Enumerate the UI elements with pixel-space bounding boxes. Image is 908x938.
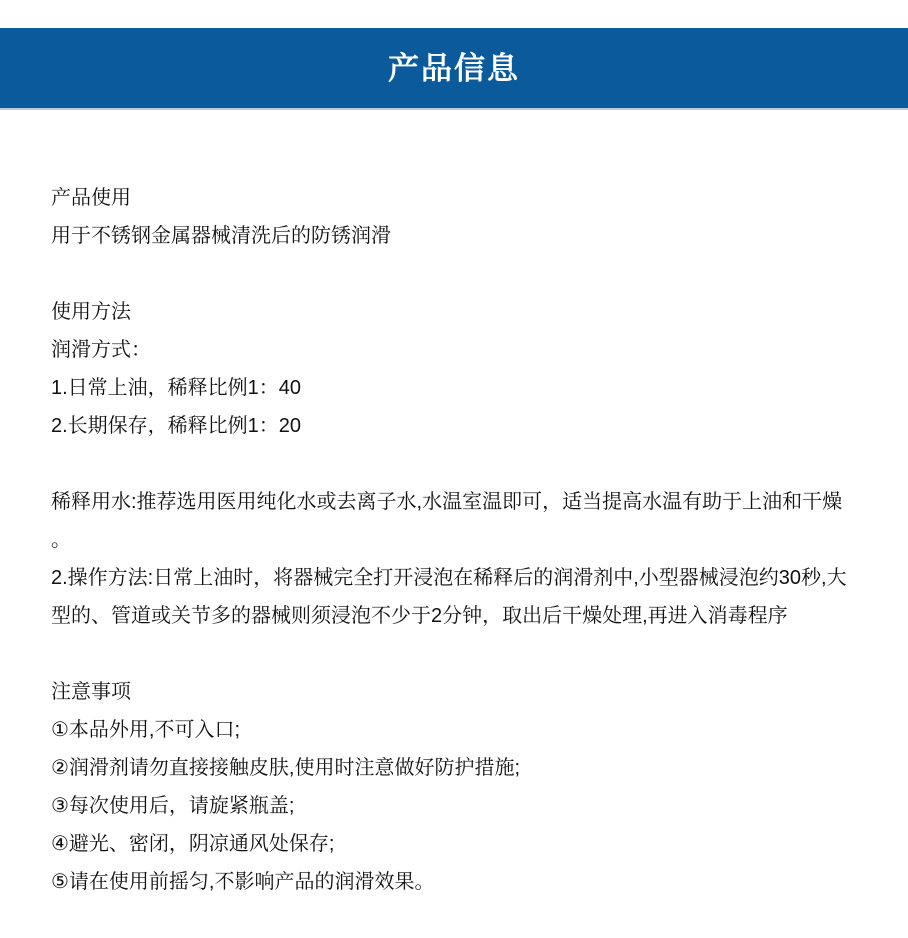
text-line-dilution-operation: 。 (51, 521, 868, 559)
text-line-usage-method: 2.长期保存，稀释比例1：20 (51, 407, 868, 445)
text-line-dilution-operation: 稀释用水:推荐选用医用纯化水或去离子水,水温室温即可，适当提高水温有助于上油和干… (51, 483, 868, 521)
text-line-precautions: ③每次使用后，请旋紧瓶盖; (51, 787, 868, 825)
blank-line (51, 635, 868, 673)
text-line-product-use: 用于不锈钢金属器械清洗后的防锈润滑 (51, 217, 868, 255)
blank-line (51, 445, 868, 483)
text-line-usage-method: 1.日常上油，稀释比例1：40 (51, 369, 868, 407)
text-line-usage-method: 润滑方式： (51, 331, 868, 369)
product-description: 产品使用用于不锈钢金属器械清洗后的防锈润滑 使用方法润滑方式：1.日常上油，稀释… (0, 110, 908, 901)
product-info-page: 产品信息 产品使用用于不锈钢金属器械清洗后的防锈润滑 使用方法润滑方式：1.日常… (0, 0, 908, 938)
section-header-banner: 产品信息 (0, 28, 908, 110)
blank-line (51, 255, 868, 293)
page-title: 产品信息 (388, 53, 520, 84)
text-line-dilution-operation: 型的、管道或关节多的器械则须浸泡不少于2分钟，取出后干燥处理,再进入消毒程序 (51, 597, 868, 635)
top-white-gap (0, 0, 908, 28)
text-line-precautions: ②润滑剂请勿直接接触皮肤,使用时注意做好防护措施; (51, 749, 868, 787)
text-line-product-use: 产品使用 (51, 179, 868, 217)
text-line-precautions: ①本品外用,不可入口; (51, 711, 868, 749)
text-line-precautions: ⑤请在使用前摇匀,不影响产品的润滑效果。 (51, 863, 868, 901)
text-line-usage-method: 使用方法 (51, 293, 868, 331)
text-line-precautions: 注意事项 (51, 673, 868, 711)
text-line-precautions: ④避光、密闭，阴凉通风处保存; (51, 825, 868, 863)
text-line-dilution-operation: 2.操作方法:日常上油时，将器械完全打开浸泡在稀释后的润滑剂中,小型器械浸泡约3… (51, 559, 868, 597)
